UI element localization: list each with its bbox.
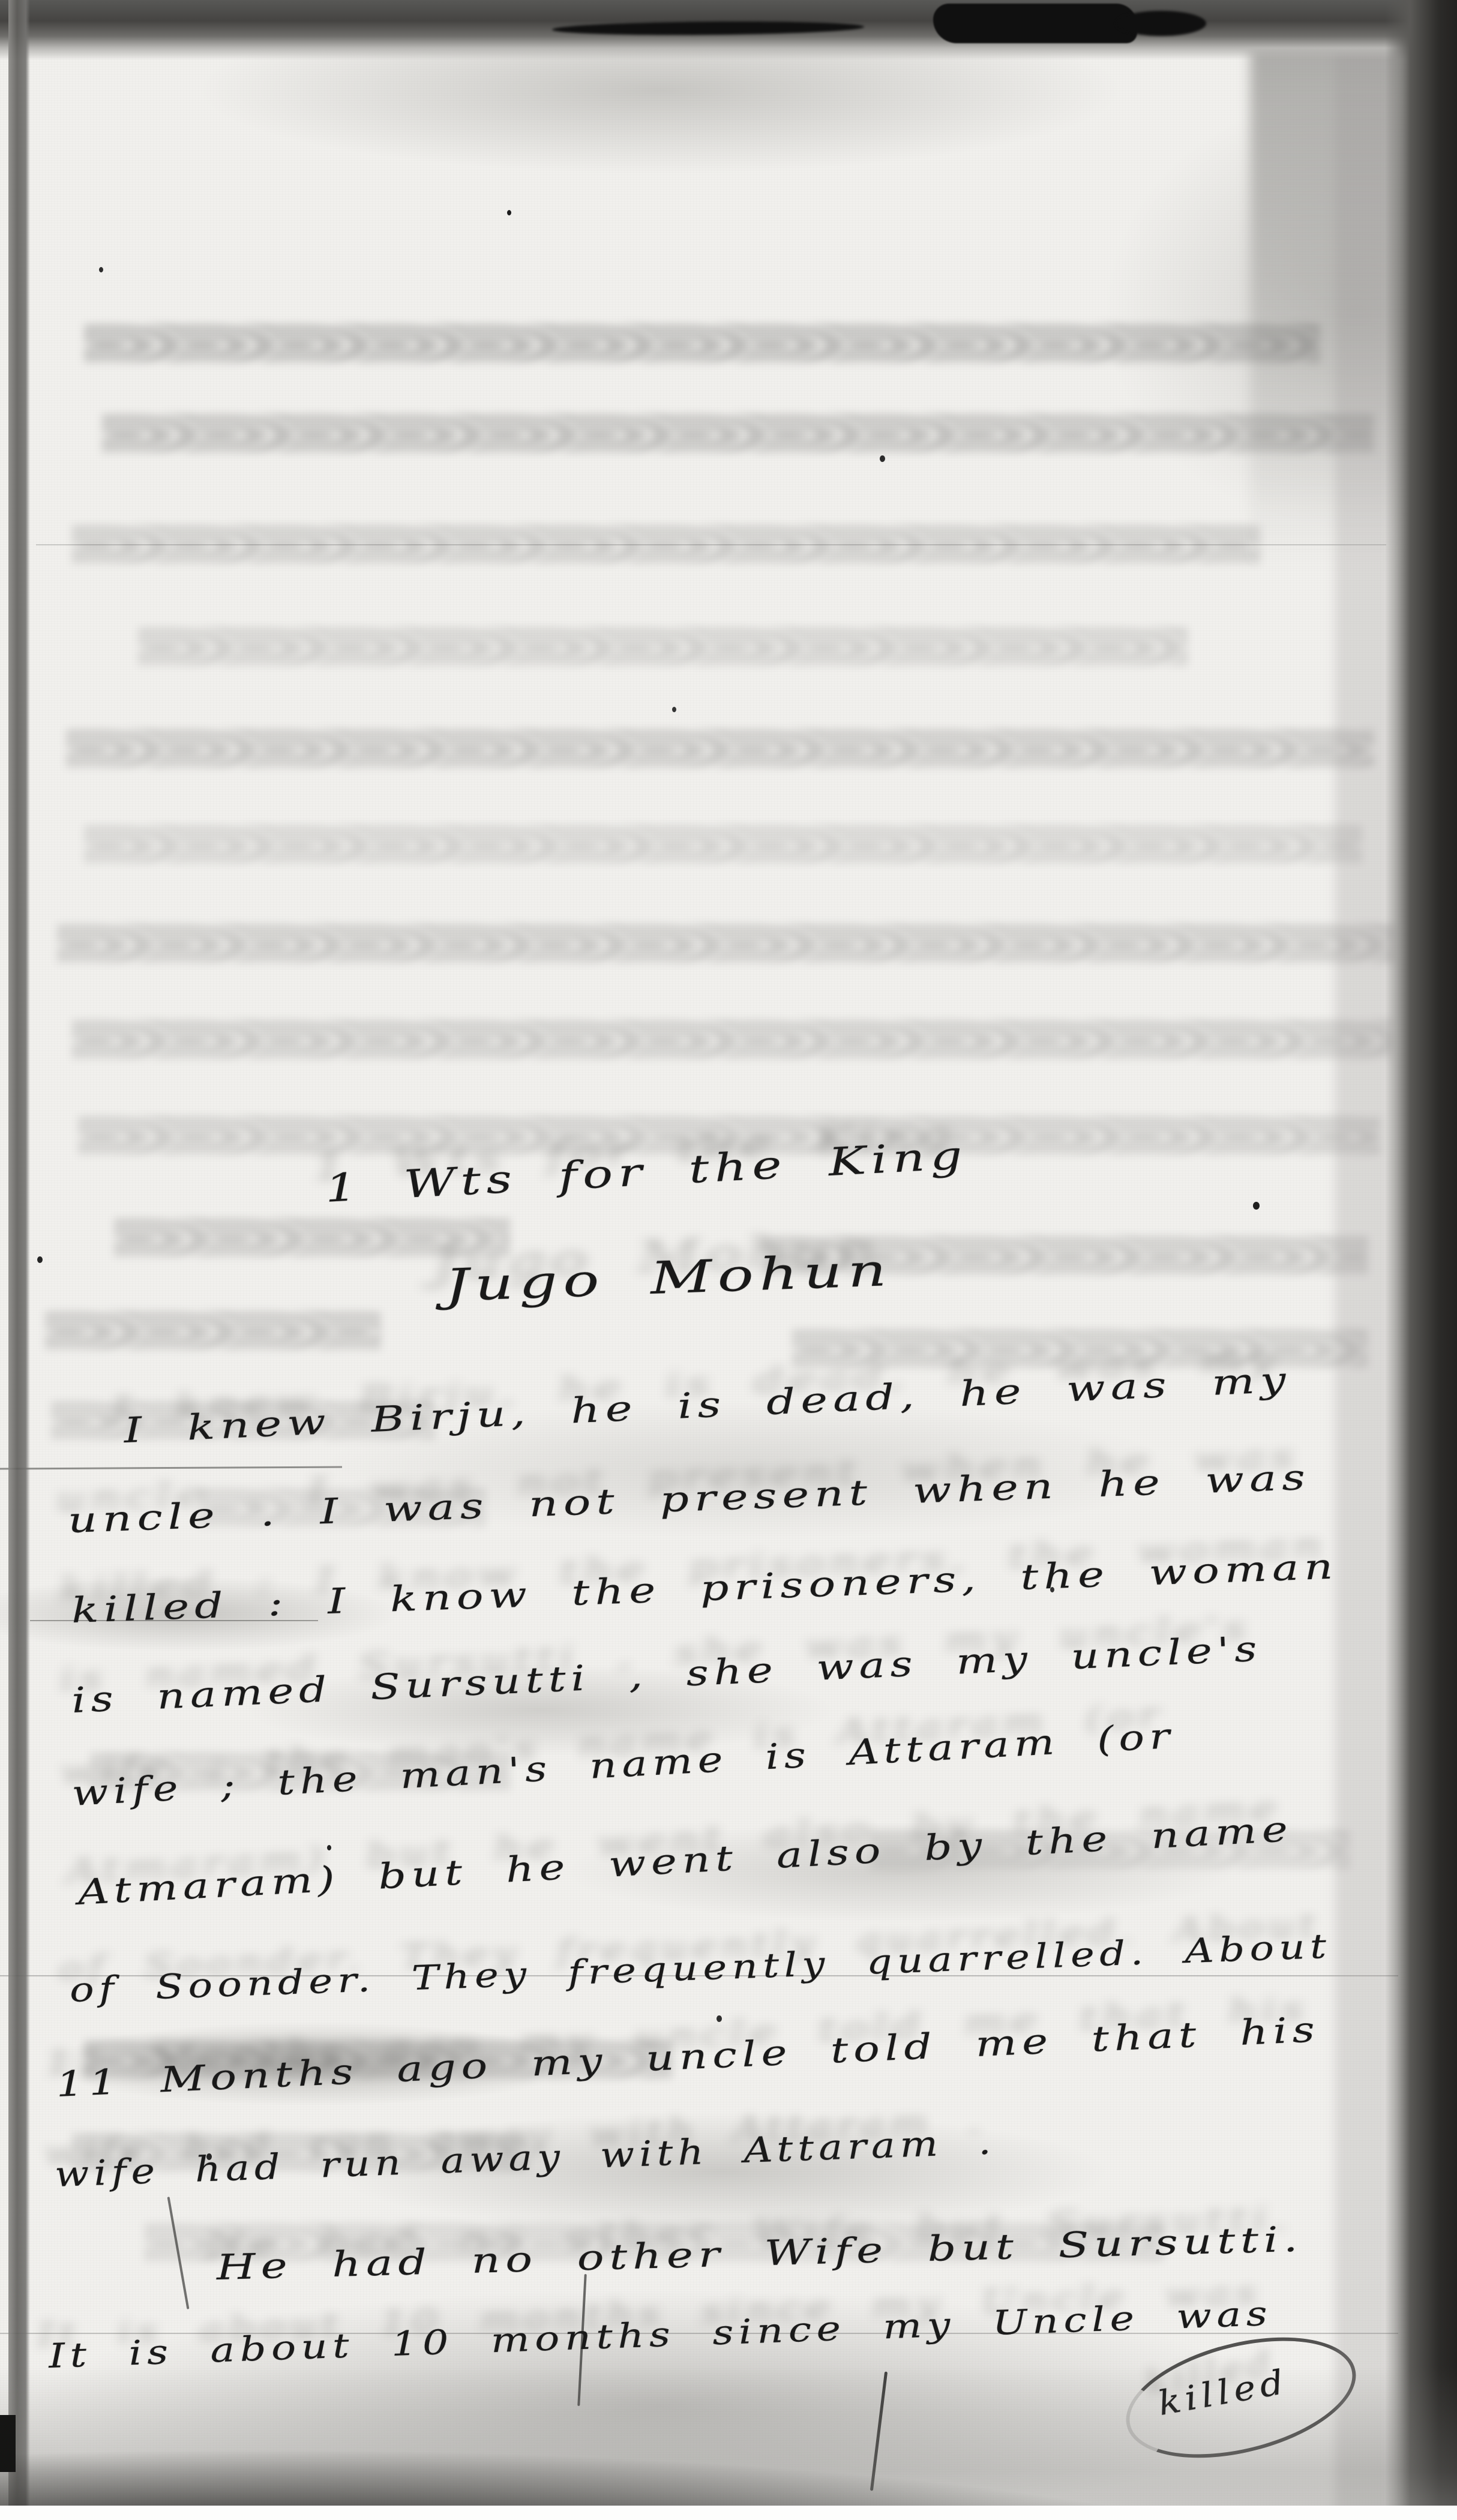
bleedthrough-smudge-line [84,324,1320,362]
bleedthrough-smudge-line [72,525,1260,563]
scan-right-shadow-wash [1335,0,1392,2520]
body-line-6: Atmaram) but he went also by the nameAtm… [77,1808,1294,1913]
scan-top-border [0,0,1457,60]
scratch-line [36,544,1386,545]
scan-artifact-blob [1116,11,1206,36]
bleedthrough-smudge-line [102,414,1374,452]
body-line-8: 11 Months ago my uncle told me that his1… [55,2009,1321,2105]
scan-right-shadow-wash [1250,0,1400,570]
scan-right-border [1385,0,1457,2520]
scan-artifact-blob [933,4,1137,43]
body-line-1: I knew Birju, he is dead, he was myI kne… [123,1359,1292,1451]
bleedthrough-smudge-line [66,729,1374,767]
scanned-manuscript-page: 1 Wts for the King1 Wts for the King Jug… [0,0,1457,2520]
scan-artifact-blob [552,20,864,37]
bleedthrough-smudge-line [57,924,1395,962]
circled-word-killed: killedkilled [1155,2362,1291,2423]
scan-corner-artifact [0,2415,16,2472]
scratch-line [0,1466,342,1470]
heading-witness-name: Jugo MohunJugo Mohun [444,1244,893,1312]
ink-specks [507,210,511,215]
pen-descender-stroke [167,2197,190,2309]
heading-witness-label: 1 Wts for the King1 Wts for the King [324,1133,969,1211]
pen-descender-stroke [870,2371,888,2491]
bleedthrough-smudge-line [84,825,1362,863]
body-line-5: wife ; the man's name is Attaram (orwife… [71,1715,1176,1814]
bleedthrough-smudge-line [138,627,1188,665]
scan-left-border [8,0,30,2520]
body-line-11: It is about 10 months since my Uncle was… [48,2294,1273,2376]
bleedthrough-smudge-line [72,1020,1392,1058]
scan-bottom-border [0,2506,1457,2520]
body-line-2: uncle . I was not present when he wasunc… [67,1457,1311,1541]
bleedthrough-smudge-line [45,1311,381,1349]
body-line-9: wife had run away with Attaram .wife had… [54,2121,996,2195]
